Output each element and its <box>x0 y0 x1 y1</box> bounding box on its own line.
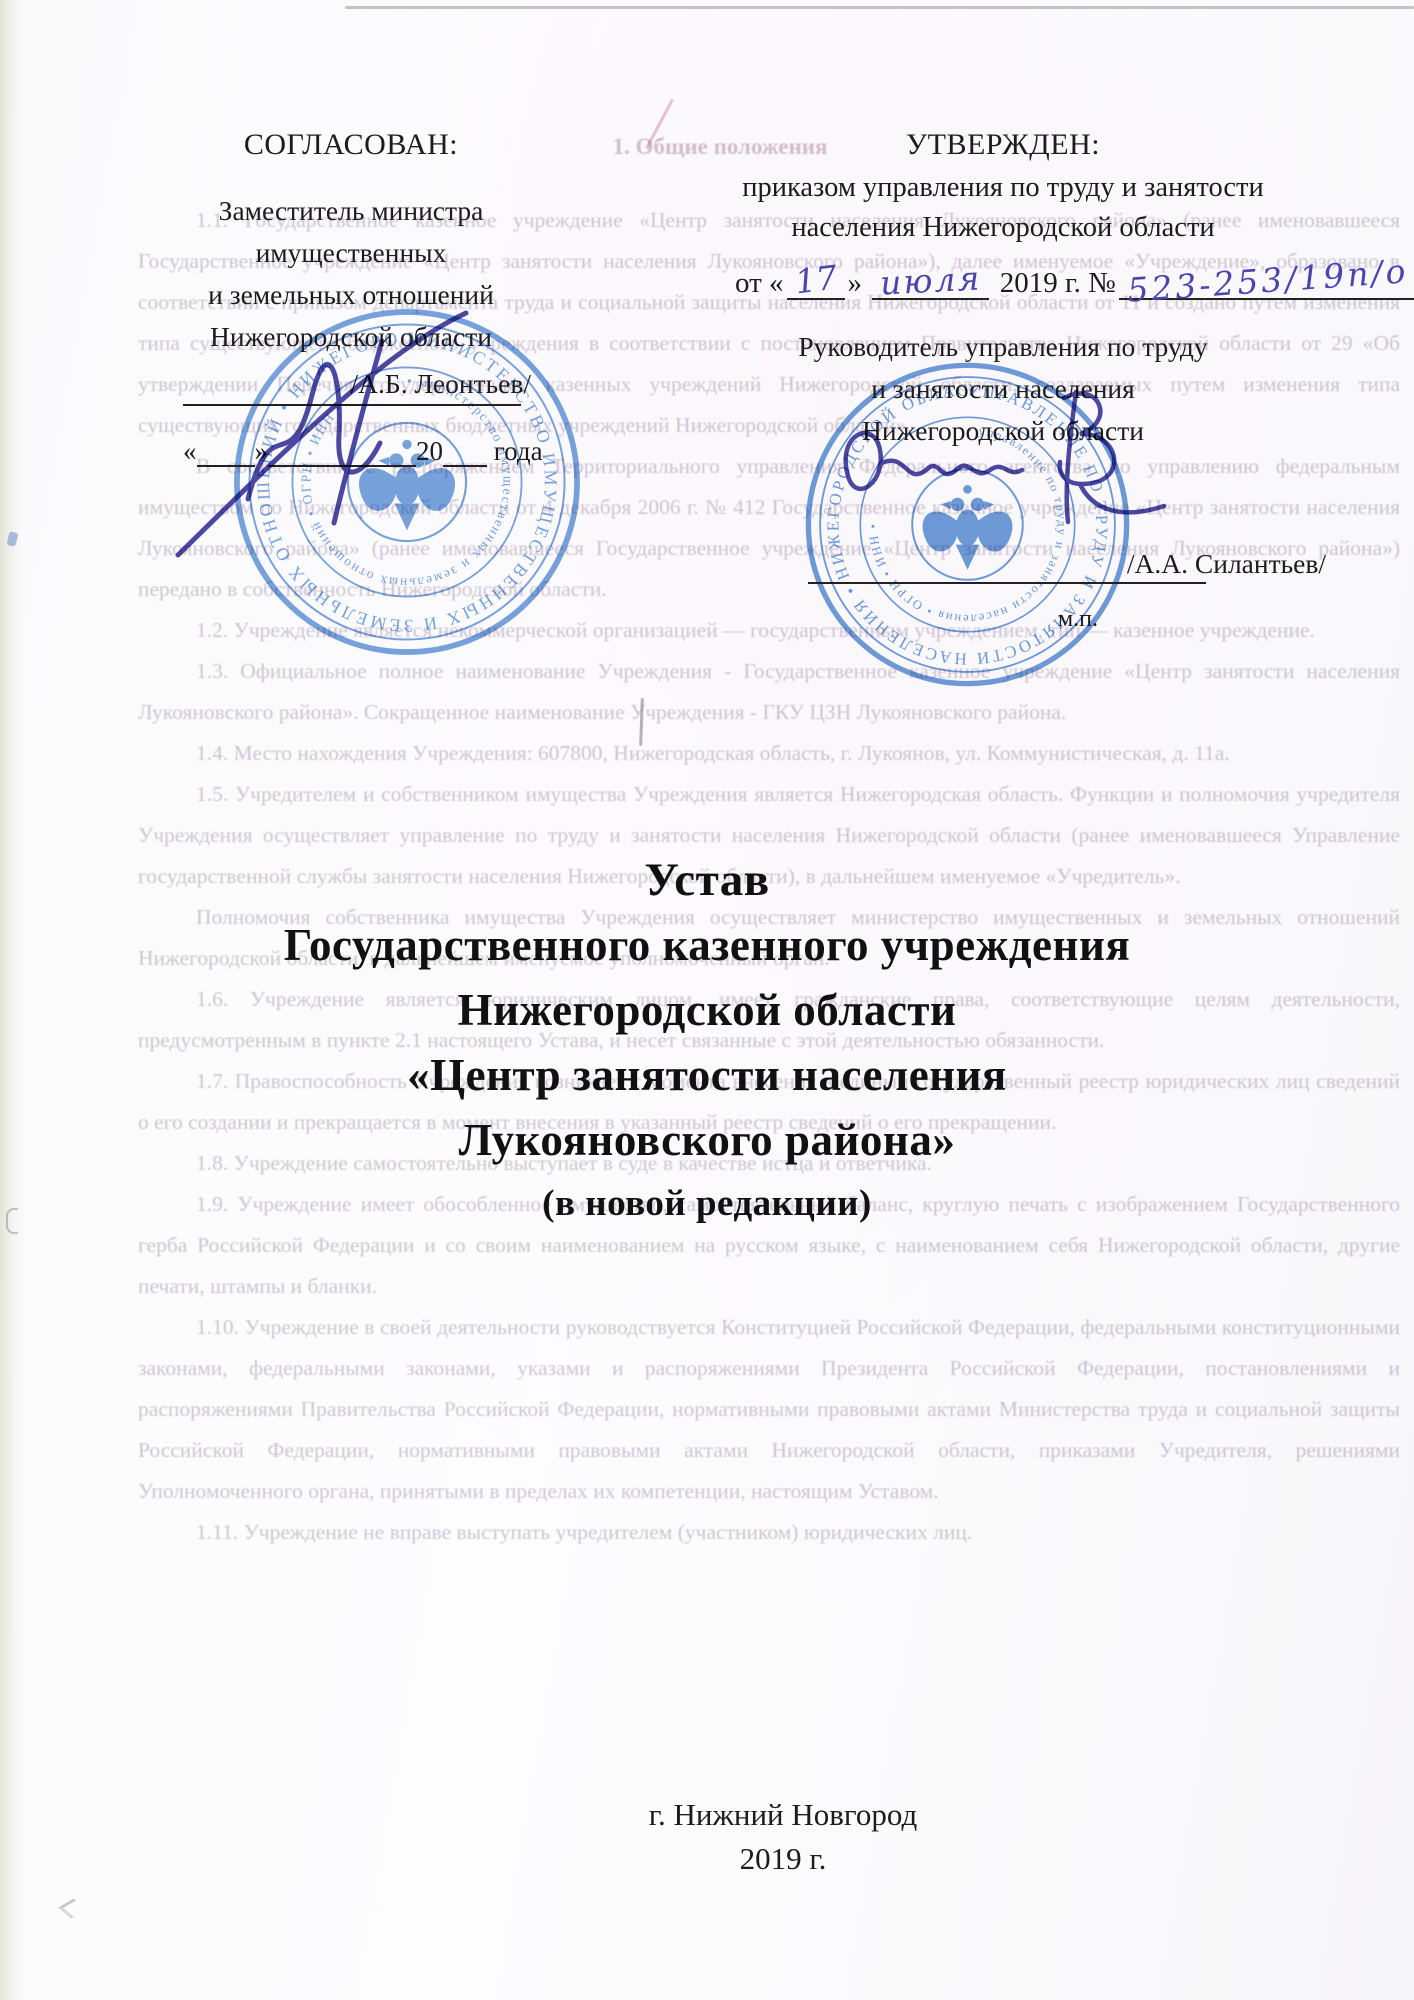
date-prefix: от « <box>735 267 784 299</box>
handwritten-order-number: 523-253/19п/о <box>1126 254 1409 308</box>
title-block: Устав Государственного казенного учрежде… <box>0 848 1414 1235</box>
title-line: «Центр занятости населения <box>0 1043 1414 1108</box>
title-line: Устав <box>0 848 1414 913</box>
agreed-label: СОГЛАСОВАН: <box>165 128 537 162</box>
handwritten-month: июля <box>880 261 983 300</box>
date-year-part: 2019 г. № <box>1000 267 1116 299</box>
approved-signatory-name: /А.А. Силантьев/ <box>1127 548 1326 579</box>
agreed-position-line: имущественных <box>165 232 537 274</box>
ghost-paragraph: 1.4. Место нахождения Учреждения: 607800… <box>138 733 1400 774</box>
handwritten-day: 17 <box>793 261 839 300</box>
agreed-position-line: Заместитель министра <box>165 190 537 232</box>
footer-block: г. Нижний Новгород 2019 г. <box>76 1793 1414 1881</box>
ghost-paragraph: 1.3. Официальное полное наименование Учр… <box>138 651 1400 733</box>
approved-order-line: приказом управления по труду и занятости <box>640 168 1366 208</box>
approved-order-line: населения Нижегородской области <box>640 208 1366 248</box>
footer-year: 2019 г. <box>76 1837 1414 1881</box>
title-line: Нижегородской области <box>0 978 1414 1043</box>
approved-position-line: Руководитель управления по труду <box>640 326 1366 368</box>
approved-label: УТВЕРЖДЕН: <box>640 128 1366 162</box>
title-line: Государственного казенного учреждения <box>0 913 1414 978</box>
date-mid: » <box>848 267 863 299</box>
title-line: Лукояновского района» <box>0 1108 1414 1173</box>
approved-date-line: от «17» июля 2019 г. №523-253/19п/о <box>735 262 1366 314</box>
scan-top-line-artifact <box>345 6 1414 9</box>
seal-place-mark: м.п. <box>640 606 1366 633</box>
silantiev-signature <box>818 376 1238 546</box>
signature-line <box>808 580 1206 584</box>
leontiev-signature <box>150 283 580 583</box>
footer-city: г. Нижний Новгород <box>76 1793 1414 1837</box>
ghost-paragraph: 1.10. Учреждение в своей деятельности ру… <box>138 1307 1400 1512</box>
speck-artifact <box>58 1899 87 1919</box>
title-edition-note: (в новой редакции) <box>0 1173 1414 1235</box>
document-page: 1. Общие положения 1.1. Государственное … <box>0 0 1414 2000</box>
ghost-paragraph: 1.11. Учреждение не вправе выступать учр… <box>138 1512 1400 1553</box>
